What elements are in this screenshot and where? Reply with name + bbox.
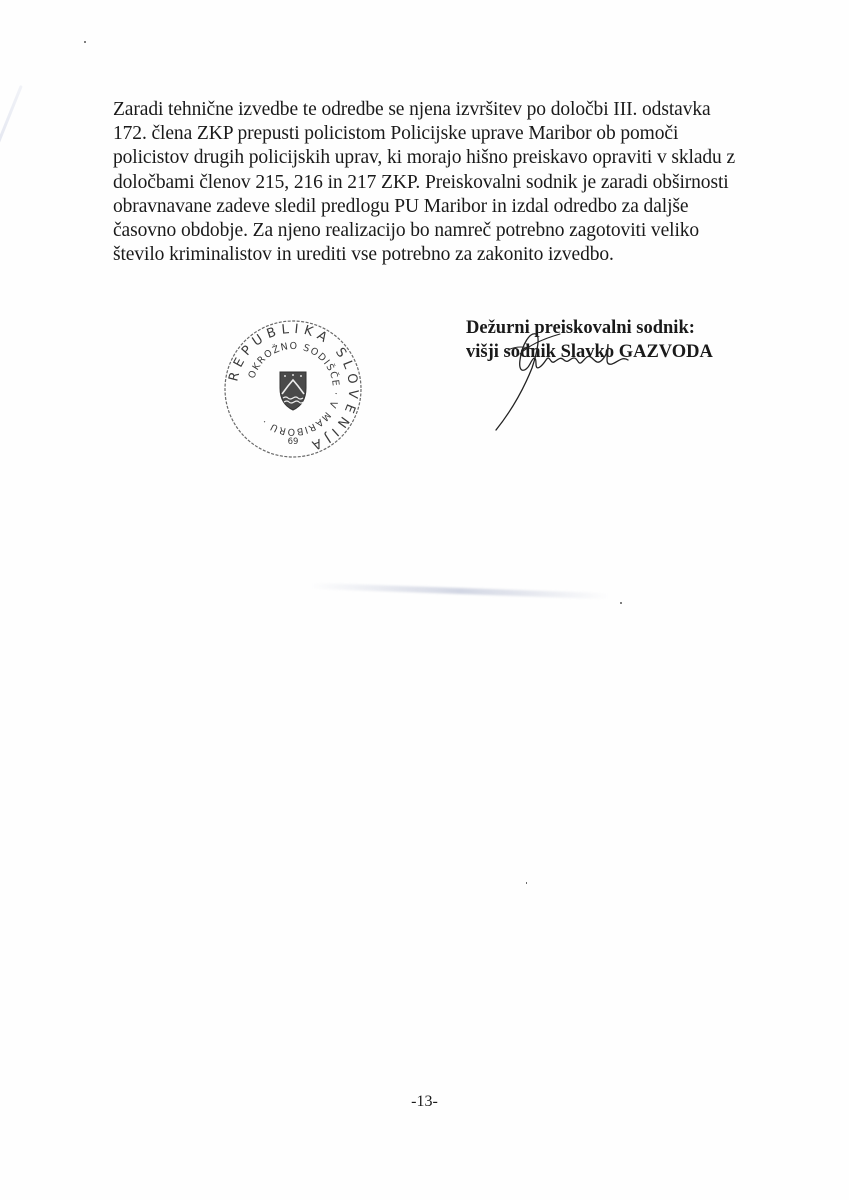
scan-artifact	[310, 583, 610, 599]
coat-of-arms-icon	[280, 372, 306, 410]
body-line: policistov drugih policijskih uprav, ki …	[113, 146, 793, 170]
body-line: Zaradi tehnične izvedbe te odredbe se nj…	[113, 98, 793, 122]
scan-speck	[620, 602, 622, 604]
document-page: Zaradi tehnične izvedbe te odredbe se nj…	[0, 0, 849, 1200]
body-paragraph: Zaradi tehnične izvedbe te odredbe se nj…	[113, 98, 793, 267]
scan-speck	[526, 882, 527, 884]
body-line: obravnavane zadeve sledil predlogu PU Ma…	[113, 195, 793, 219]
scan-speck	[84, 41, 86, 43]
body-line: 172. člena ZKP prepusti policistom Polic…	[113, 122, 793, 146]
page-number: -13-	[0, 1093, 849, 1111]
scan-artifact	[0, 85, 23, 170]
handwritten-signature	[490, 330, 640, 440]
body-line: časovno obdobje. Za njeno realizacijo bo…	[113, 219, 793, 243]
court-stamp: REPUBLIKA SLOVENIJA OKROŽNO SODIŠČE · V …	[222, 318, 364, 460]
stamp-number: 69	[288, 437, 299, 447]
body-line: število kriminalistov in urediti vse pot…	[113, 243, 793, 267]
body-line: določbami členov 215, 216 in 217 ZKP. Pr…	[113, 171, 793, 195]
